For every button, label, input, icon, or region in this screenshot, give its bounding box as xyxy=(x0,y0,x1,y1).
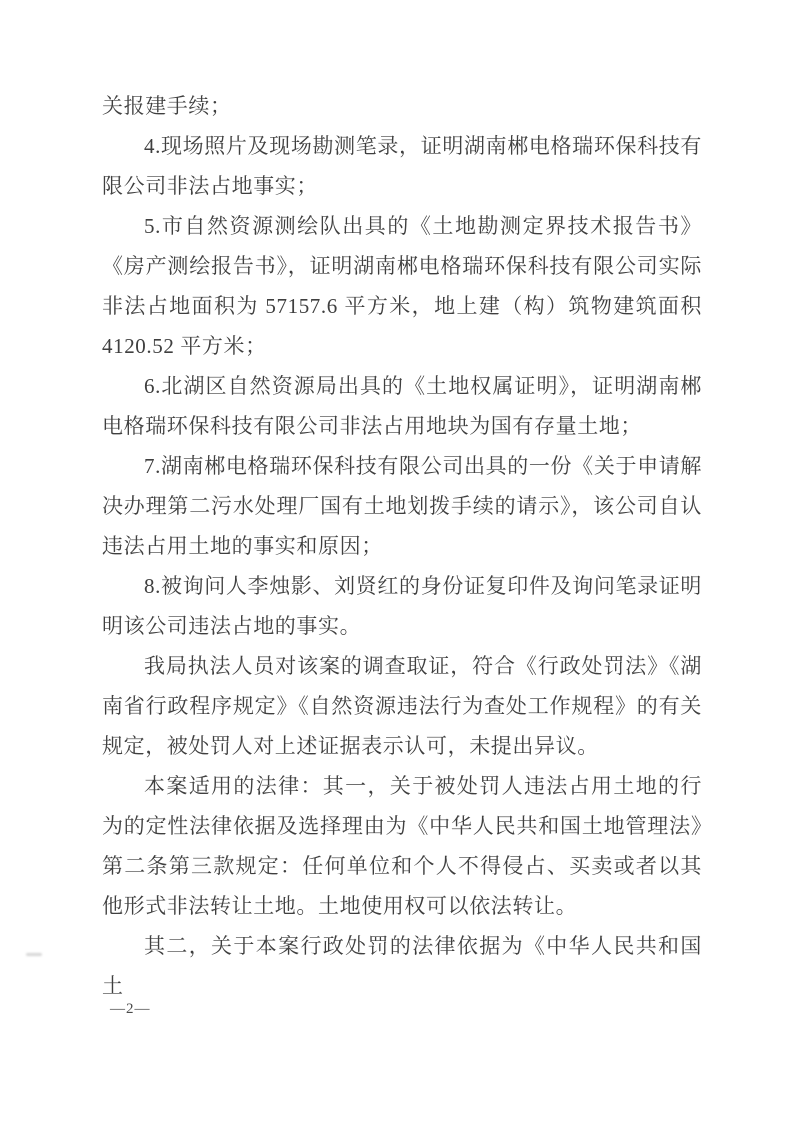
document-body: 关报建手续； 4.现场照片及现场勘测笔录，证明湖南郴电格瑞环保科技有限公司非法占… xyxy=(102,86,702,1006)
paragraph-continuation: 关报建手续； xyxy=(102,86,702,126)
page-number: —2— xyxy=(110,1001,151,1018)
paragraph-applicable-law-2: 其二，关于本案行政处罚的法律依据为《中华人民共和国土 xyxy=(102,926,702,1006)
document-page: 关报建手续； 4.现场照片及现场勘测笔录，证明湖南郴电格瑞环保科技有限公司非法占… xyxy=(0,0,793,1122)
paragraph-evidence-6: 6.北湖区自然资源局出具的《土地权属证明》，证明湖南郴电格瑞环保科技有限公司非法… xyxy=(102,366,702,446)
paragraph-investigation: 我局执法人员对该案的调查取证，符合《行政处罚法》《湖南省行政程序规定》《自然资源… xyxy=(102,646,702,766)
paragraph-applicable-law-1: 本案适用的法律：其一，关于被处罚人违法占用土地的行为的定性法律依据及选择理由为《… xyxy=(102,766,702,926)
paragraph-evidence-5: 5.市自然资源测绘队出具的《土地勘测定界技术报告书》《房产测绘报告书》，证明湖南… xyxy=(102,206,702,366)
paragraph-evidence-4: 4.现场照片及现场勘测笔录，证明湖南郴电格瑞环保科技有限公司非法占地事实； xyxy=(102,126,702,206)
paragraph-evidence-7: 7.湖南郴电格瑞环保科技有限公司出具的一份《关于申请解决办理第二污水处理厂国有土… xyxy=(102,446,702,566)
paragraph-evidence-8: 8.被询问人李烛影、刘贤红的身份证复印件及询问笔录证明明该公司违法占地的事实。 xyxy=(102,566,702,646)
scan-artifact xyxy=(26,953,42,956)
